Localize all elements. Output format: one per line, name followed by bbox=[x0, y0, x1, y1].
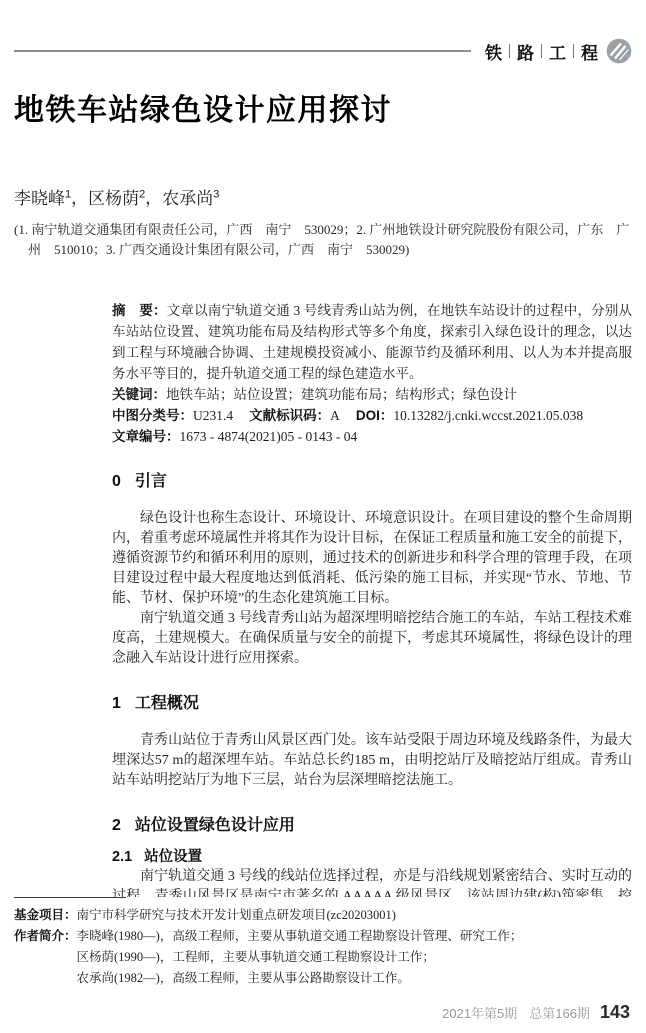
author-name: 农承尚3 bbox=[162, 189, 219, 208]
author-bio: 农承尚(1982—)，高级工程师，主要从事公路勘察设计工作。 bbox=[77, 968, 632, 989]
paragraph: 南宁轨道交通 3 号线青秀山站为超深埋明暗挖结合施工的车站，车站工程技术难度高，… bbox=[112, 609, 632, 669]
clc-group: 中图分类号：U231.4 bbox=[112, 408, 233, 423]
abstract: 摘 要：文章以南宁轨道交通 3 号线青秀山站为例，在地铁车站设计的过程中，分别从… bbox=[112, 300, 632, 384]
masthead-char: 路 bbox=[517, 39, 534, 64]
section-number: 2 bbox=[112, 817, 121, 834]
author-line: 李晓峰1，区杨荫2，农承尚3 bbox=[14, 182, 632, 211]
section-heading-1: 1工程概况 bbox=[112, 693, 632, 715]
doc-code-group: 文献标识码：A bbox=[249, 408, 340, 423]
section-title: 工程概况 bbox=[135, 695, 199, 712]
footer-issue: 2021年第5期 bbox=[442, 1003, 517, 1022]
subsection-number: 2.1 bbox=[112, 849, 132, 865]
page-header: 铁 路 工 程 bbox=[14, 38, 632, 64]
abstract-label: 摘 要： bbox=[112, 303, 167, 318]
masthead-divider bbox=[573, 44, 574, 58]
clc-value: U231.4 bbox=[193, 408, 233, 423]
masthead-char: 程 bbox=[581, 39, 598, 64]
journal-logo-icon bbox=[606, 38, 632, 64]
masthead-divider bbox=[509, 44, 510, 58]
author-bio: 区杨荫(1990—)，工程师，主要从事轨道交通工程勘察设计工作； bbox=[77, 947, 632, 968]
masthead-char: 铁 bbox=[485, 39, 502, 64]
fund-project-text: 南宁市科学研究与技术开发计划重点研发项目(zc20203001) bbox=[77, 908, 396, 922]
article-title: 地铁车站绿色设计应用探讨 bbox=[14, 90, 632, 132]
footnote-rule bbox=[14, 897, 126, 898]
doi-label: DOI： bbox=[356, 408, 394, 423]
author-bio: 李晓峰(1980—)，高级工程师，主要从事轨道交通工程勘察设计管理、研究工作； bbox=[77, 926, 632, 947]
section-heading-2: 2站位设置绿色设计应用 bbox=[112, 815, 632, 837]
classification-line: 中图分类号：U231.4文献标识码：ADOI：10.13282/j.cnki.w… bbox=[112, 405, 632, 426]
doi-value: 10.13282/j.cnki.wccst.2021.05.038 bbox=[393, 408, 583, 423]
paragraph: 绿色设计也称生态设计、环境设计、环境意识设计。在项目建设的整个生命周期内，着重考… bbox=[112, 509, 632, 609]
masthead-char: 工 bbox=[549, 39, 566, 64]
author-bio-block: 作者简介： 李晓峰(1980—)，高级工程师，主要从事轨道交通工程勘察设计管理、… bbox=[14, 926, 632, 989]
fund-project-line: 基金项目：南宁市科学研究与技术开发计划重点研发项目(zc20203001) bbox=[14, 905, 632, 926]
fund-project-label: 基金项目： bbox=[14, 908, 77, 922]
footer-page-number: 143 bbox=[600, 1002, 630, 1023]
masthead-divider bbox=[541, 44, 542, 58]
author-name: 区杨荫2 bbox=[88, 189, 145, 208]
page-footer: 2021年第5期 总第166期 143 bbox=[442, 1002, 630, 1023]
subsection-title: 站位设置 bbox=[144, 849, 202, 865]
footnote-block: 基金项目：南宁市科学研究与技术开发计划重点研发项目(zc20203001) 作者… bbox=[14, 897, 632, 989]
front-matter: 摘 要：文章以南宁轨道交通 3 号线青秀山站为例，在地铁车站设计的过程中，分别从… bbox=[112, 300, 632, 447]
section-title: 站位设置绿色设计应用 bbox=[135, 817, 295, 834]
author-separator: ， bbox=[145, 189, 162, 208]
journal-page: 铁 路 工 程 地铁车站绿色设计应用探讨 李晓峰1，区杨荫2，农承尚3 (1. … bbox=[0, 0, 646, 1033]
keywords-text: 地铁车站；站位设置；建筑功能布局；结构形式；绿色设计 bbox=[166, 387, 517, 402]
section-heading-0: 0引言 bbox=[112, 471, 632, 493]
author-bio-list: 李晓峰(1980—)，高级工程师，主要从事轨道交通工程勘察设计管理、研究工作； … bbox=[77, 926, 632, 989]
main-column: 摘 要：文章以南宁轨道交通 3 号线青秀山站为例，在地铁车站设计的过程中，分别从… bbox=[112, 300, 632, 927]
abstract-text: 文章以南宁轨道交通 3 号线青秀山站为例，在地铁车站设计的过程中，分别从车站站位… bbox=[112, 303, 632, 381]
article-id-line: 文章编号：1673 - 4874(2021)05 - 0143 - 04 bbox=[112, 426, 632, 447]
section-title: 引言 bbox=[135, 473, 167, 490]
article-id-value: 1673 - 4874(2021)05 - 0143 - 04 bbox=[180, 429, 358, 444]
footer-volume: 总第166期 bbox=[529, 1003, 590, 1022]
author-bio-label: 作者简介： bbox=[14, 926, 77, 989]
author-separator: ， bbox=[71, 189, 88, 208]
paragraph: 青秀山站位于青秀山风景区西门处。该车站受限于周边环境及线路条件，为最大埋深达57… bbox=[112, 731, 632, 791]
subsection-heading-2-1: 2.1站位设置 bbox=[112, 847, 632, 867]
doc-code-value: A bbox=[330, 408, 340, 423]
keywords-label: 关键词： bbox=[112, 387, 166, 402]
doc-code-label: 文献标识码： bbox=[249, 408, 330, 423]
journal-masthead: 铁 路 工 程 bbox=[485, 39, 598, 64]
keywords: 关键词：地铁车站；站位设置；建筑功能布局；结构形式；绿色设计 bbox=[112, 384, 632, 405]
author-name: 李晓峰1 bbox=[14, 189, 71, 208]
author-affiliation-superscript: 3 bbox=[213, 188, 219, 200]
article-id-label: 文章编号： bbox=[112, 429, 180, 444]
section-number: 0 bbox=[112, 473, 121, 490]
clc-label: 中图分类号： bbox=[112, 408, 193, 423]
header-rule bbox=[14, 50, 471, 52]
doi-group: DOI：10.13282/j.cnki.wccst.2021.05.038 bbox=[356, 408, 583, 423]
section-number: 1 bbox=[112, 695, 121, 712]
affiliations: (1. 南宁轨道交通集团有限责任公司，广西 南宁 530029；2. 广州地铁设… bbox=[14, 220, 632, 260]
